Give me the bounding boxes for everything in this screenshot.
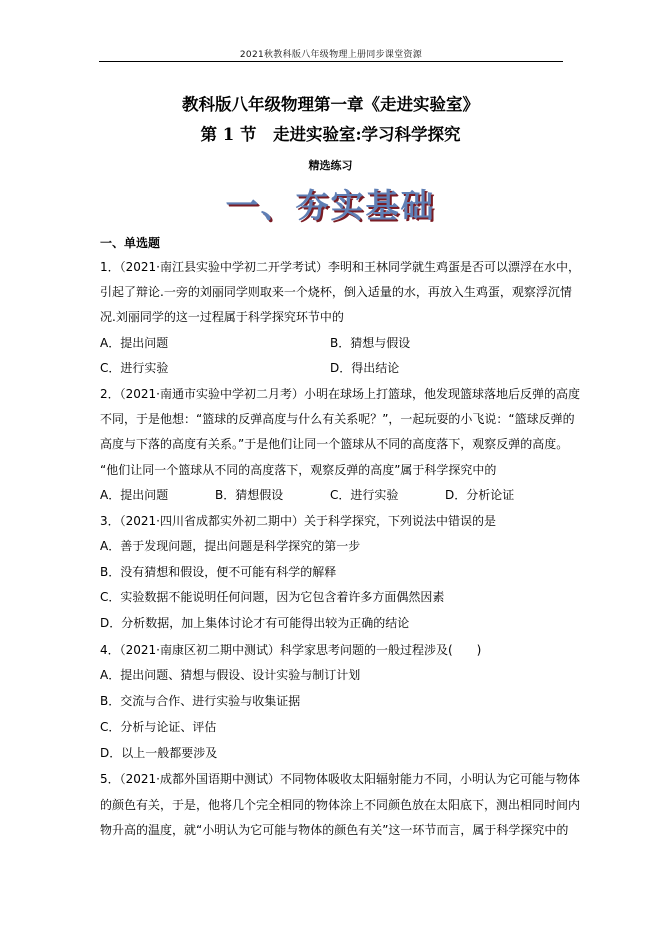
question-4-option-b: B．交流与合作、进行实验与收集证据 [100, 693, 300, 709]
question-1-option-b: B．猜想与假设 [330, 335, 410, 351]
main-title: 教科版八年级物理第一章《走进实验室》 [0, 91, 661, 115]
question-4-option-c: C．分析与论证、评估 [100, 719, 216, 735]
section-title: 第 1 节 走进实验室:学习科学探究 [0, 121, 661, 145]
section-heading: 一、单选题 [100, 234, 160, 251]
question-4-option-d: D．以上一般都要涉及 [100, 745, 217, 761]
question-2-option-a: A．提出问题 [100, 487, 168, 503]
question-2-option-d: D．分析论证 [445, 487, 514, 503]
subtitle: 精选练习 [0, 157, 661, 173]
question-3-option-a: A．善于发现问题，提出问题是科学探究的第一步 [100, 538, 360, 554]
question-1-option-c: C．进行实验 [100, 360, 168, 376]
question-5-line-1: 5．（2021·成都外国语期中测试）不同物体吸收太阳辐射能力不同，小明认为它可能… [100, 771, 580, 787]
question-1-option-a: A．提出问题 [100, 335, 168, 351]
question-1-line-1: 1．（2021·南江县实验中学初二开学考试）李明和王林同学就生鸡蛋是否可以漂浮在… [100, 259, 580, 275]
banner-heading: 一、夯实基础 [0, 180, 661, 227]
question-1-line-3: 况.刘丽同学的这一过程属于科学探究环节中的 [100, 309, 344, 325]
question-2-line-2: 不同，于是他想：“篮球的反弹高度与什么有关系呢？”，一起玩耍的小飞说：“篮球反弹… [100, 411, 575, 427]
question-3-line-1: 3．（2021·四川省成都实外初二期中）关于科学探究，下列说法中错误的是 [100, 513, 496, 529]
question-2-line-3: 高度与下落的高度有关系。”于是他们让同一个篮球从不同的高度落下，观察反弹的高度。 [100, 436, 568, 452]
question-4-option-a: A．提出问题、猜想与假设、设计实验与制订计划 [100, 667, 360, 683]
question-2-option-c: C．进行实验 [330, 487, 398, 503]
document-page: 2021秋教科版八年级物理上册同步课堂资源 教科版八年级物理第一章《走进实验室》… [0, 0, 661, 935]
question-2-line-4: “他们让同一个篮球从不同的高度落下，观察反弹的高度”属于科学探究中的 [100, 462, 496, 478]
question-5-line-2: 的颜色有关，于是，他将几个完全相同的物体涂上不同颜色放在太阳底下，测出相同时间内 [100, 797, 580, 813]
question-2-option-b: B．猜想假设 [215, 487, 283, 503]
header-rule [99, 61, 563, 62]
question-1-option-d: D．得出结论 [330, 360, 399, 376]
question-2-line-1: 2．（2021·南通市实验中学初二月考）小明在球场上打篮球，他发现篮球落地后反弹… [100, 386, 580, 402]
question-3-option-b: B．没有猜想和假设，便不可能有科学的解释 [100, 564, 336, 580]
question-1-line-2: 引起了辩论.一旁的刘丽同学则取来一个烧杯，倒入适量的水，再放入生鸡蛋，观察浮沉情 [100, 284, 572, 300]
question-5-line-3: 物升高的温度，就“小明认为它可能与物体的颜色有关”这一环节而言，属于科学探究中的 [100, 822, 568, 838]
question-3-option-d: D．分析数据，加上集体讨论才有可能得出较为正确的结论 [100, 615, 409, 631]
question-3-option-c: C．实验数据不能说明任何问题，因为它包含着许多方面偶然因素 [100, 589, 444, 605]
question-4-line-1: 4．（2021·南康区初二期中测试）科学家思考问题的一般过程涉及( ) [100, 642, 481, 658]
running-header: 2021秋教科版八年级物理上册同步课堂资源 [99, 47, 563, 60]
